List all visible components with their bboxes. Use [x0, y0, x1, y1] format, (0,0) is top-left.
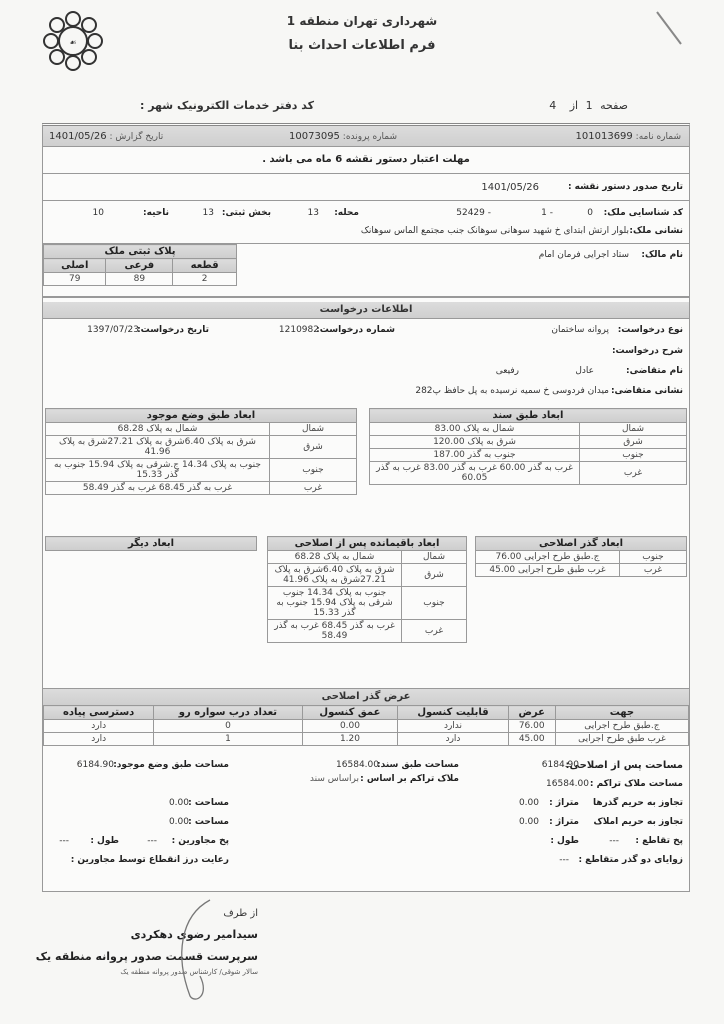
- request-section-title: اطلاعات درخواست: [43, 302, 689, 319]
- dims-other-table: ابعاد دیگر: [45, 536, 257, 551]
- dir-cell: شمال: [270, 423, 357, 436]
- nahiyeh: 10: [93, 208, 104, 218]
- encroach-passage-area: 0.00: [169, 798, 189, 808]
- dir-cell: شرق: [270, 436, 357, 459]
- property-address: بلوار ارتش ابتدای خ شهید سوهانی سوهانک ج…: [361, 226, 629, 236]
- table-row: ج.طبق طرح اجرایی 76.00 ندارد 0.00 0 دارد: [44, 720, 689, 733]
- encroach-passage-area-label: مساحت :: [188, 798, 229, 808]
- page-number: 1: [586, 99, 593, 112]
- page-indicator: صفحه 1 از 4: [549, 99, 628, 112]
- passage-width-title: عرض گذر اصلاحی: [43, 688, 689, 706]
- gap-label: رعایت درز انقطاع توسط مجاورین :: [71, 855, 229, 865]
- value-cell: جنوب به پلاک 14.34 جنوب شرقی به پلاک 15.…: [268, 587, 402, 620]
- registry-block-table: پلاک ثبتی ملک قطعه فرعی اصلی 2 89 79: [43, 244, 237, 286]
- cell: 0.00: [302, 720, 398, 733]
- encroach-props-area: 0.00: [169, 817, 189, 827]
- letter-no-label: شماره نامه:: [636, 132, 681, 142]
- area-after-correction-label: مساحت پس از اصلاحی:: [566, 760, 683, 771]
- col-header: عمق کنسول: [302, 706, 398, 720]
- mahalleh: 13: [308, 208, 319, 218]
- nahiyeh-label: ناحیه:: [143, 208, 169, 218]
- request-desc-label: شرح درخواست:: [612, 346, 683, 356]
- request-date-label: تاریخ درخواست:: [137, 325, 209, 335]
- density-basis: براساس سند: [310, 774, 359, 784]
- office-code-label: کد دفتر خدمات الکترونیک شهر :: [140, 99, 314, 112]
- dims-remaining-title: ابعاد باقیمانده پس از اصلاحی: [268, 537, 467, 551]
- dir-cell: غرب: [580, 462, 687, 485]
- bakhsh-label: بخش ثبتی:: [222, 208, 271, 218]
- applicant-label: نام متقاضی:: [626, 366, 683, 376]
- angle-label: زوایای دو گذر متقاطع :: [578, 855, 683, 865]
- letter-no: 101013699: [576, 131, 633, 142]
- validity-notice: مهلت اعتبار دستور نقشه 6 ماه می باشد .: [262, 154, 470, 165]
- value-cell: شرق به پلاک 6.40شرق به پلاک 27.21شرق به …: [268, 564, 402, 587]
- owner-name: ستاد اجرایی فرمان امام: [539, 250, 629, 260]
- encroach-passage-label: تجاوز به حریم گذرها: [593, 798, 683, 808]
- form-title: فرم اطلاعات احداث بنا: [0, 38, 724, 53]
- report-date: 1401/05/26: [49, 131, 107, 142]
- encroach-props-label: تجاوز به حریم املاک: [594, 817, 684, 827]
- request-number: 1210982: [279, 325, 319, 335]
- value-cell: شمال به پلاک 68.28: [46, 423, 270, 436]
- applicant-address-label: نشانی متقاضی:: [611, 386, 683, 396]
- cell: 0: [154, 720, 302, 733]
- property-id-part: - 52429: [456, 208, 491, 218]
- density-area: 16584.00: [546, 779, 589, 789]
- bakhsh: 13: [203, 208, 214, 218]
- applicant-address: میدان فردوسی خ سمیه نرسیده به پل حافظ پ2…: [415, 386, 609, 396]
- value-cell: شمال به پلاک 68.28: [268, 551, 402, 564]
- corner-length-label: طول :: [550, 836, 579, 846]
- block-value: 2: [173, 273, 237, 286]
- pen-mark-icon: [655, 10, 685, 48]
- form-frame: شماره نامه: 101013699 شماره پرونده: 1007…: [42, 123, 690, 892]
- cell: ج.طبق طرح اجرایی: [555, 720, 688, 733]
- property-id-label: کد شناسایی ملک:: [604, 208, 683, 218]
- dims-existing-title: ابعاد طبق وضع موجود: [46, 409, 357, 423]
- info-bar: شماره نامه: 101013699 شماره پرونده: 1007…: [43, 126, 689, 147]
- col-header: عرض: [508, 706, 555, 720]
- signature-scribble-icon: [170, 896, 230, 1006]
- neighbor-corner: ---: [147, 836, 157, 846]
- block-value: 89: [106, 273, 173, 286]
- dir-cell: شرق: [402, 564, 467, 587]
- value-cell: شرق به پلاک 6.40شرق به پلاک 27.21شرق به …: [46, 436, 270, 459]
- cell: 45.00: [508, 733, 555, 746]
- angle-value: ---: [559, 855, 569, 865]
- corner-value: ---: [609, 836, 619, 846]
- value-cell: غرب طبق طرح اجرایی 45.00: [476, 564, 620, 577]
- density-basis-label: ملاک تراکم بر اساس :: [360, 774, 459, 784]
- validity-row: مهلت اعتبار دستور نقشه 6 ماه می باشد .: [43, 147, 689, 174]
- request-info: نوع درخواست: پروانه ساختمان شماره درخواس…: [43, 320, 689, 402]
- request-number-label: شماره درخواست:: [316, 325, 395, 335]
- area-deed: 16584.00: [336, 760, 379, 770]
- dir-cell: شمال: [402, 551, 467, 564]
- page-label: صفحه: [600, 99, 628, 112]
- dims-corrected-passage-title: ابعاد گذر اصلاحی: [476, 537, 687, 551]
- cell: ندارد: [398, 720, 508, 733]
- dir-cell: غرب: [402, 620, 467, 643]
- density-area-label: مساحت ملاک تراکم :: [590, 779, 683, 789]
- municipality-name: شهرداری تهران منطقه 1: [0, 14, 724, 28]
- area-existing: 6184.90: [77, 760, 114, 770]
- block-value: 79: [44, 273, 106, 286]
- table-row: غرب طبق طرح اجرایی 45.00 دارد 1.20 1 دار…: [44, 733, 689, 746]
- file-no-label: شماره پرونده:: [343, 132, 397, 142]
- value-cell: غرب به گذر 68.45 غرب به گذر 58.49: [268, 620, 402, 643]
- encroach-props-area-label: مساحت :: [188, 817, 229, 827]
- dims-existing-table: ابعاد طبق وضع موجود شمالشمال به پلاک 68.…: [45, 408, 357, 495]
- value-cell: جنوب به گذر 187.00: [370, 449, 580, 462]
- cell: دارد: [44, 720, 154, 733]
- col-header: اصلی: [44, 259, 106, 273]
- neighbor-length: ---: [59, 836, 69, 846]
- dir-cell: شرق: [580, 436, 687, 449]
- encroach-passage-meter: 0.00: [519, 798, 539, 808]
- neighbor-length-label: طول :: [90, 836, 119, 846]
- cell: 76.00: [508, 720, 555, 733]
- issue-date-row: تاریخ صدور دستور نقشه : 1401/05/26: [43, 174, 689, 201]
- areas-section: مساحت پس از اصلاحی: 6184.90 مساحت طبق سن…: [43, 756, 689, 876]
- passage-width-table: جهت عرض قابلیت کنسول عمق کنسول تعداد درب…: [43, 705, 689, 746]
- cell: غرب طبق طرح اجرایی: [555, 733, 688, 746]
- request-type-label: نوع درخواست:: [618, 325, 683, 335]
- page-of: از: [570, 99, 578, 112]
- dir-cell: جنوب: [580, 449, 687, 462]
- col-header: فرعی: [106, 259, 173, 273]
- dir-cell: شمال: [580, 423, 687, 436]
- request-type: پروانه ساختمان: [551, 325, 609, 335]
- value-cell: شمال به پلاک 83.00: [370, 423, 580, 436]
- encroach-props-meter: 0.00: [519, 817, 539, 827]
- col-header: تعداد درب سواره رو: [154, 706, 302, 720]
- applicant-first-name: عادل: [575, 366, 594, 376]
- encroach-props-meter-label: متراژ :: [549, 817, 579, 827]
- value-cell: غرب به گذر 68.45 غرب به گذر 58.49: [46, 482, 270, 495]
- issue-date-label: تاریخ صدور دستور نقشه :: [568, 182, 683, 192]
- dir-cell: غرب: [620, 564, 687, 577]
- file-no: 10073095: [289, 131, 340, 142]
- dir-cell: جنوب: [270, 459, 357, 482]
- mahalleh-label: محله:: [334, 208, 359, 218]
- dims-other-title: ابعاد دیگر: [46, 537, 257, 551]
- property-id-part: 0: [587, 208, 593, 218]
- value-cell: ج.طبق طرح اجرایی 76.00: [476, 551, 620, 564]
- dims-deed-title: ابعاد طبق سند: [370, 409, 687, 423]
- address-label: نشانی ملک:: [629, 226, 683, 236]
- col-header: قابلیت کنسول: [398, 706, 508, 720]
- value-cell: غرب به گذر 60.00 غرب به گذر 83.00 غرب به…: [370, 462, 580, 485]
- property-id-part: - 1: [541, 208, 553, 218]
- dir-cell: جنوب: [620, 551, 687, 564]
- registry-block-title: پلاک ثبتی ملک: [44, 245, 237, 259]
- owner-label: نام مالک:: [641, 250, 683, 260]
- issue-date: 1401/05/26: [481, 182, 539, 193]
- value-cell: شرق به پلاک 120.00: [370, 436, 580, 449]
- dims-remaining-table: ابعاد باقیمانده پس از اصلاحی شمالشمال به…: [267, 536, 467, 643]
- area-after-correction: 6184.90: [542, 760, 579, 770]
- value-cell: جنوب به پلاک 14.34 ج.شرقی به پلاک 15.94 …: [46, 459, 270, 482]
- corner-label: پخ تقاطع :: [635, 836, 683, 846]
- cell: 1.20: [302, 733, 398, 746]
- neighbor-corner-label: پخ مجاورین :: [172, 836, 229, 846]
- request-date: 1397/07/23: [87, 325, 139, 335]
- dir-cell: جنوب: [402, 587, 467, 620]
- page-total: 4: [549, 99, 556, 112]
- applicant-last-name: رفیعی: [496, 366, 519, 376]
- encroach-passage-meter-label: متراژ :: [549, 798, 579, 808]
- area-deed-label: مساحت طبق سند:: [377, 760, 459, 770]
- property-row: کد شناسایی ملک: 0 - 1 - 52429 محله: 13 ب…: [43, 201, 689, 244]
- cell: دارد: [398, 733, 508, 746]
- dims-deed-table: ابعاد طبق سند شمالشمال به پلاک 83.00 شرق…: [369, 408, 687, 485]
- report-date-label: تاریخ گزارش :: [110, 132, 164, 142]
- col-header: قطعه: [173, 259, 237, 273]
- area-existing-label: مساحت طبق وضع موجود:: [113, 760, 229, 770]
- cell: دارد: [44, 733, 154, 746]
- col-header: دسترسی پیاده: [44, 706, 154, 720]
- cell: 1: [154, 733, 302, 746]
- dims-corrected-passage-table: ابعاد گذر اصلاحی جنوبج.طبق طرح اجرایی 76…: [475, 536, 687, 577]
- col-header: جهت: [555, 706, 688, 720]
- dir-cell: غرب: [270, 482, 357, 495]
